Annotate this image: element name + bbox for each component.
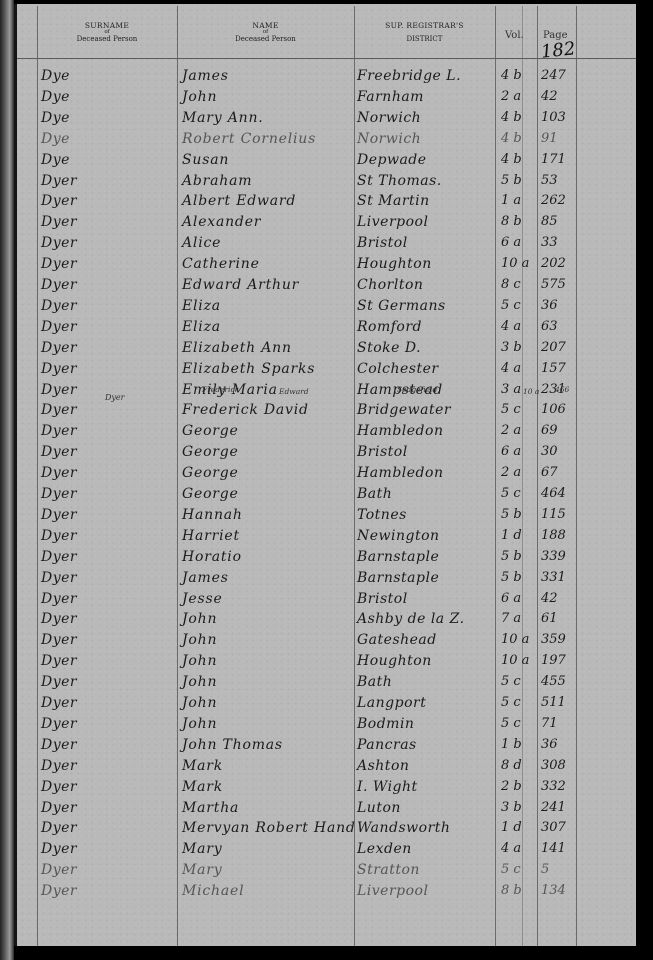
entry-district: Bath [357,672,392,692]
entry-vol: 3 a [501,380,521,400]
entry-name: George [182,484,239,504]
header-district: SUP. REGISTRAR'S DISTRICT [354,22,495,43]
entry-row: DyerJohnHoughton10 a197 [17,651,636,671]
entry-name: Eliza [182,317,221,337]
entry-district: Ashton [357,756,409,776]
entry-row: DyerGeorgeBristol6 a30 [17,442,636,462]
entry-vol: 6 a [501,442,521,462]
entry-row: DyerElizaRomford4 a63 [17,317,636,337]
entry-surname: Dyer [41,818,77,838]
page-number: 182 [540,38,576,62]
entry-vol: 4 b [501,150,522,170]
entry-vol: 7 a [501,609,521,629]
entry-surname: Dyer [41,505,77,525]
entry-row: DyerJohnLangport5 c511 [17,693,636,713]
entry-vol: 6 a [501,589,521,609]
entry-surname: Dyer [41,756,77,776]
entry-surname: Dyer [41,568,77,588]
entry-vol: 1 d [501,526,522,546]
annotation-middle-name: Edward [279,387,309,396]
entry-name: Horatio [182,547,242,567]
entry-row: DyeSusanDepwade4 b171 [17,150,636,170]
entry-district: Wandsworth [357,818,450,838]
entry-name: Frederick David [182,400,309,420]
entry-surname: Dyer [41,526,77,546]
entry-page: 71 [541,714,558,734]
entry-district: I. Wight [357,777,418,797]
entry-name: Jesse [182,589,223,609]
entry-district: Stratton [357,860,420,880]
header-name: NAME of Deceased Person [177,22,354,43]
entry-name: James [182,568,229,588]
entry-page: 308 [541,756,566,776]
entry-vol: 3 b [501,798,522,818]
entry-name: Martha [182,798,239,818]
entry-district: Chorlton [357,275,423,295]
entry-surname: Dyer [41,651,77,671]
entry-row: DyerAlbert EdwardSt Martin1 a262 [17,191,636,211]
entry-name: Edward Arthur [182,275,299,295]
entry-page: 339 [541,547,566,567]
entry-page: 197 [541,651,566,671]
entry-page: 188 [541,526,566,546]
entry-name: Catherine [182,254,260,274]
entry-vol: 5 b [501,505,522,525]
entry-surname: Dyer [41,359,77,379]
entry-vol: 3 b [501,338,522,358]
entry-surname: Dyer [41,380,77,400]
entry-vol: 2 a [501,421,521,441]
entry-name: Mary Ann. [182,108,264,128]
entry-district: Barnstaple [357,568,439,588]
entry-surname: Dyer [41,212,77,232]
entry-row: DyerElizabeth SparksColchester4 a157 [17,359,636,379]
entry-surname: Dye [41,150,70,170]
entry-surname: Dyer [41,484,77,504]
entry-district: Bath [357,484,392,504]
entry-surname: Dyer [41,839,77,859]
entry-vol: 5 c [501,672,521,692]
entry-page: 157 [541,359,566,379]
entry-surname: Dyer [41,798,77,818]
entry-page: 141 [541,839,566,859]
entry-vol: 2 a [501,463,521,483]
entry-name: John [182,672,217,692]
entry-district: Totnes [357,505,407,525]
entry-district: Romford [357,317,422,337]
entry-page: 307 [541,818,566,838]
entry-page: 85 [541,212,558,232]
entry-row: DyerJohnBodmin5 c71 [17,714,636,734]
entry-vol: 4 a [501,317,521,337]
entry-vol: 8 b [501,881,522,901]
entry-page: 464 [541,484,566,504]
entry-page: 455 [541,672,566,692]
entry-name: Elizabeth Ann [182,338,292,358]
entry-vol: 5 b [501,568,522,588]
entry-surname: Dyer [41,735,77,755]
entry-name: John [182,630,217,650]
entry-page: 171 [541,150,566,170]
entry-district: Bridgewater [357,400,451,420]
entry-name: Robert Cornelius [182,129,316,149]
entry-page: 67 [541,463,558,483]
entry-name: James [182,66,229,86]
entry-name: Susan [182,150,229,170]
entry-row: DyerGeorgeHambledon2 a67 [17,463,636,483]
entry-vol: 5 b [501,547,522,567]
entry-page: 332 [541,777,566,797]
entry-row: DyerJohn ThomasPancras1 b36 [17,735,636,755]
entry-vol: 4 b [501,108,522,128]
entry-name: John [182,609,217,629]
entry-page: 42 [541,589,558,609]
entry-row: DyerMarkAshton8 d308 [17,756,636,776]
entry-district: Langport [357,693,426,713]
entry-row: DyerHarrietNewington1 d188 [17,526,636,546]
entry-name: Mark [182,756,223,776]
entry-row: DyerElizaSt Germans5 c36 [17,296,636,316]
entry-page: 359 [541,630,566,650]
entry-row: DyerMaryStratton5 c5 [17,860,636,880]
entry-row: DyerElizabeth AnnStoke D.3 b207 [17,338,636,358]
entry-surname: Dyer [41,296,77,316]
entry-district: Pancras [357,735,417,755]
entry-row: DyerAliceBristol6 a33 [17,233,636,253]
entry-page: 69 [541,421,558,441]
entry-name: John Thomas [182,735,283,755]
entry-district: Freebridge L. [357,66,461,86]
entry-vol: 5 c [501,714,521,734]
entry-row: DyerGeorgeBath5 c464 [17,484,636,504]
entry-vol: 6 a [501,233,521,253]
entry-district: Farnham [357,87,424,107]
entry-vol: 5 c [501,860,521,880]
entry-district: Lexden [357,839,412,859]
entry-surname: Dyer [41,881,77,901]
entry-row: DyerJohnAshby de la Z.7 a61 [17,609,636,629]
entry-name: George [182,463,239,483]
entry-vol: 4 b [501,129,522,149]
entry-vol: 4 a [501,359,521,379]
entry-surname: Dyer [41,338,77,358]
annotation-vol: 10 a [523,387,539,396]
entry-row: DyerAbrahamSt Thomas.5 b53 [17,171,636,191]
entry-name: John [182,651,217,671]
entry-row: DyerJohnGateshead10 a359 [17,630,636,650]
entry-vol: 4 b [501,66,522,86]
entry-surname: Dyer [41,672,77,692]
entry-name: George [182,442,239,462]
entry-vol: 10 a [501,254,529,274]
entry-district: Stoke D. [357,338,421,358]
entry-surname: Dyer [41,714,77,734]
entry-page: 134 [541,881,566,901]
entry-district: Barnstaple [357,547,439,567]
entry-name: Harriet [182,526,240,546]
entry-page: 115 [541,505,566,525]
entry-name: Mary [182,839,222,859]
entry-surname: Dyer [41,589,77,609]
entry-row: DyerGeorgeHambledon2 a69 [17,421,636,441]
entry-district: Bristol [357,233,408,253]
entry-row: DyerFrederick DavidBridgewater5 c106 [17,400,636,420]
entry-row: DyerHoratioBarnstaple5 b339 [17,547,636,567]
entry-name: Mark [182,777,223,797]
entry-district: St Germans [357,296,446,316]
entry-name: John [182,87,217,107]
entry-name: Mervyan Robert Hand [182,818,356,838]
register-page: SURNAME of Deceased Person NAME of Decea… [14,4,636,946]
header-district-sub: DISTRICT [354,36,495,43]
entry-vol: 5 c [501,484,521,504]
entry-district: Houghton [357,651,432,671]
entry-name: John [182,693,217,713]
annotation-page: 466 [555,385,569,394]
entry-page: 103 [541,108,566,128]
entry-page: 42 [541,87,558,107]
entry-page: 575 [541,275,566,295]
entry-district: Liverpool [357,212,428,232]
entry-row: DyerCatherineHoughton10 a202 [17,254,636,274]
annotation-forename: Frederick [202,385,239,394]
annotation-district: Sedgefield [397,385,437,394]
entry-row: DyerHannahTotnes5 b115 [17,505,636,525]
entry-row: DyerJamesBarnstaple5 b331 [17,568,636,588]
entry-row: DyerJesseBristol6 a42 [17,589,636,609]
entry-surname: Dyer [41,171,77,191]
entry-name: Elizabeth Sparks [182,359,315,379]
header-surname: SURNAME of Deceased Person [37,22,177,43]
entry-row: DyeRobert CorneliusNorwich4 b91 [17,129,636,149]
entry-district: Norwich [357,108,421,128]
entry-surname: Dyer [41,777,77,797]
entry-surname: Dyer [41,191,77,211]
header-name-sub: Deceased Person [177,36,354,43]
entry-vol: 8 d [501,756,522,776]
entry-row: DyerAlexanderLiverpool8 b85 [17,212,636,232]
entry-vol: 1 b [501,735,522,755]
entry-page: 247 [541,66,566,86]
entry-district: Ashby de la Z. [357,609,465,629]
entry-surname: Dye [41,66,70,86]
entry-vol: 2 b [501,777,522,797]
entry-page: 262 [541,191,566,211]
book-binding-edge [0,0,14,960]
entry-page: 331 [541,568,566,588]
entry-page: 36 [541,296,558,316]
entry-row: DyerMarthaLuton3 b241 [17,798,636,818]
entry-surname: Dyer [41,442,77,462]
entry-district: Hambledon [357,421,443,441]
entry-surname: Dyer [41,254,77,274]
entry-vol: 5 c [501,296,521,316]
entry-row: DyerMarkI. Wight2 b332 [17,777,636,797]
entry-page: 511 [541,693,566,713]
entry-name: Alice [182,233,221,253]
entry-page: 63 [541,317,558,337]
entry-name: Michael [182,881,244,901]
entry-name: Albert Edward [182,191,296,211]
entry-district: Gateshead [357,630,437,650]
entry-vol: 2 a [501,87,521,107]
entry-name: Abraham [182,171,252,191]
entry-vol: 10 a [501,651,529,671]
entry-district: Houghton [357,254,432,274]
entry-row: DyeJohnFarnham2 a42 [17,87,636,107]
entry-surname: Dye [41,129,70,149]
entry-page: 106 [541,400,566,420]
entry-name: Eliza [182,296,221,316]
entry-row: DyerMaryLexden4 a141 [17,839,636,859]
entry-surname: Dye [41,87,70,107]
entry-surname: Dyer [41,463,77,483]
entry-name: Mary [182,860,222,880]
entry-vol: 1 d [501,818,522,838]
entry-page: 30 [541,442,558,462]
entry-page: 36 [541,735,558,755]
entry-district: Bristol [357,589,408,609]
entry-row: DyerMichaelLiverpool8 b134 [17,881,636,901]
entry-page: 241 [541,798,566,818]
entry-district: Depwade [357,150,427,170]
entry-name: Alexander [182,212,261,232]
entry-district: Newington [357,526,440,546]
entry-page: 53 [541,171,558,191]
entry-surname: Dyer [41,630,77,650]
entry-vol: 5 c [501,400,521,420]
entry-district: Bodmin [357,714,414,734]
entry-vol: 4 a [501,839,521,859]
header-surname-sub: Deceased Person [37,36,177,43]
header-vol: Vol. [505,30,524,41]
entry-surname: Dyer [41,233,77,253]
entry-row: DyerEdward ArthurChorlton8 c575 [17,275,636,295]
entry-row: DyerJohnBath5 c455 [17,672,636,692]
entry-vol: 8 b [501,212,522,232]
entry-surname: Dye [41,108,70,128]
entry-district: Norwich [357,129,421,149]
entry-row: DyeMary Ann.Norwich4 b103 [17,108,636,128]
annotation-margin-surname: Dyer [105,393,125,402]
entry-district: Luton [357,798,401,818]
entry-surname: Dyer [41,860,77,880]
entry-surname: Dyer [41,421,77,441]
entry-surname: Dyer [41,547,77,567]
entry-page: 91 [541,129,558,149]
entry-surname: Dyer [41,275,77,295]
entry-surname: Dyer [41,400,77,420]
entry-vol: 1 a [501,191,521,211]
entry-vol: 8 c [501,275,521,295]
entry-district: Colchester [357,359,439,379]
entry-district: Bristol [357,442,408,462]
entry-district: Hambledon [357,463,443,483]
entry-surname: Dyer [41,609,77,629]
entry-name: George [182,421,239,441]
entry-row: DyerMervyan Robert HandWandsworth1 d307 [17,818,636,838]
entry-page: 207 [541,338,566,358]
entry-vol: 5 c [501,693,521,713]
entry-district: Liverpool [357,881,428,901]
entry-district: St Martin [357,191,430,211]
entry-name: John [182,714,217,734]
entry-surname: Dyer [41,317,77,337]
entry-page: 202 [541,254,566,274]
entry-page: 5 [541,860,549,880]
entry-row: DyeJamesFreebridge L.4 b247 [17,66,636,86]
entry-vol: 10 a [501,630,529,650]
entry-surname: Dyer [41,693,77,713]
entry-vol: 5 b [501,171,522,191]
entry-name: Hannah [182,505,243,525]
entry-page: 33 [541,233,558,253]
entry-page: 61 [541,609,558,629]
entry-district: St Thomas. [357,171,442,191]
